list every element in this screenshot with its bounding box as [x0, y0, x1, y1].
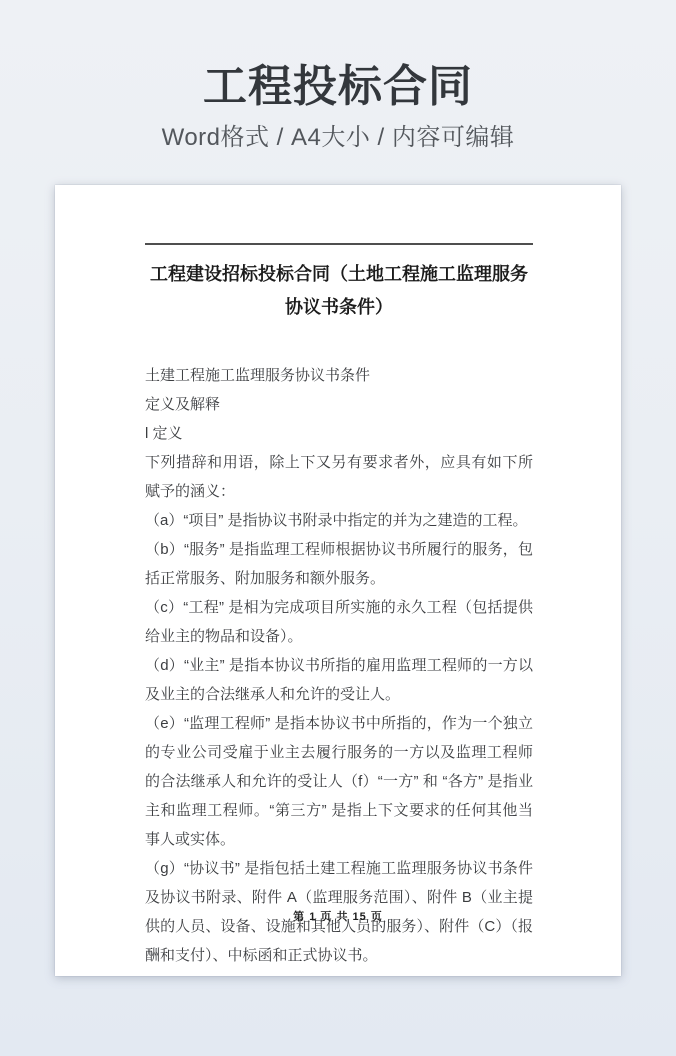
- doc-paragraph: （e）“监理工程师” 是指本协议书中所指的，作为一个独立的专业公司受雇于业主去履…: [145, 709, 533, 854]
- doc-paragraph: l 定义: [145, 419, 533, 448]
- hero-banner: 工程投标合同 Word格式 / A4大小 / 内容可编辑: [0, 0, 676, 152]
- doc-title: 工程建设招标投标合同（土地工程施工监理服务协议书条件）: [145, 258, 533, 324]
- document-content: 工程建设招标投标合同（土地工程施工监理服务协议书条件） 土建工程施工监理服务协议…: [145, 243, 533, 976]
- doc-paragraph: （b）“服务” 是指监理工程师根据协议书所履行的服务，包括正常服务、附加服务和额…: [145, 535, 533, 593]
- hero-title: 工程投标合同: [0, 62, 676, 111]
- doc-paragraph: （d）“业主” 是指本协议书所指的雇用监理工程师的一方以及业主的合法继承人和允许…: [145, 651, 533, 709]
- page-number-footer: 第 1 页 共 15 页: [55, 908, 621, 924]
- doc-paragraph: 土建工程施工监理服务协议书条件: [145, 361, 533, 390]
- hero-subtitle: Word格式 / A4大小 / 内容可编辑: [0, 125, 676, 151]
- doc-paragraph: 下列措辞和用语，除上下又另有要求者外，应具有如下所赋予的涵义：: [145, 448, 533, 506]
- doc-paragraph: （c）“工程” 是相为完成项目所实施的永久工程（包括提供给业主的物品和设备）。: [145, 593, 533, 651]
- title-divider: [145, 243, 533, 245]
- doc-paragraph: （a）“项目” 是指协议书附录中指定的并为之建造的工程。: [145, 506, 533, 535]
- doc-paragraph: 定义及解释: [145, 390, 533, 419]
- document-page: 工程建设招标投标合同（土地工程施工监理服务协议书条件） 土建工程施工监理服务协议…: [55, 185, 621, 976]
- doc-body: 土建工程施工监理服务协议书条件 定义及解释 l 定义 下列措辞和用语，除上下又另…: [145, 361, 533, 970]
